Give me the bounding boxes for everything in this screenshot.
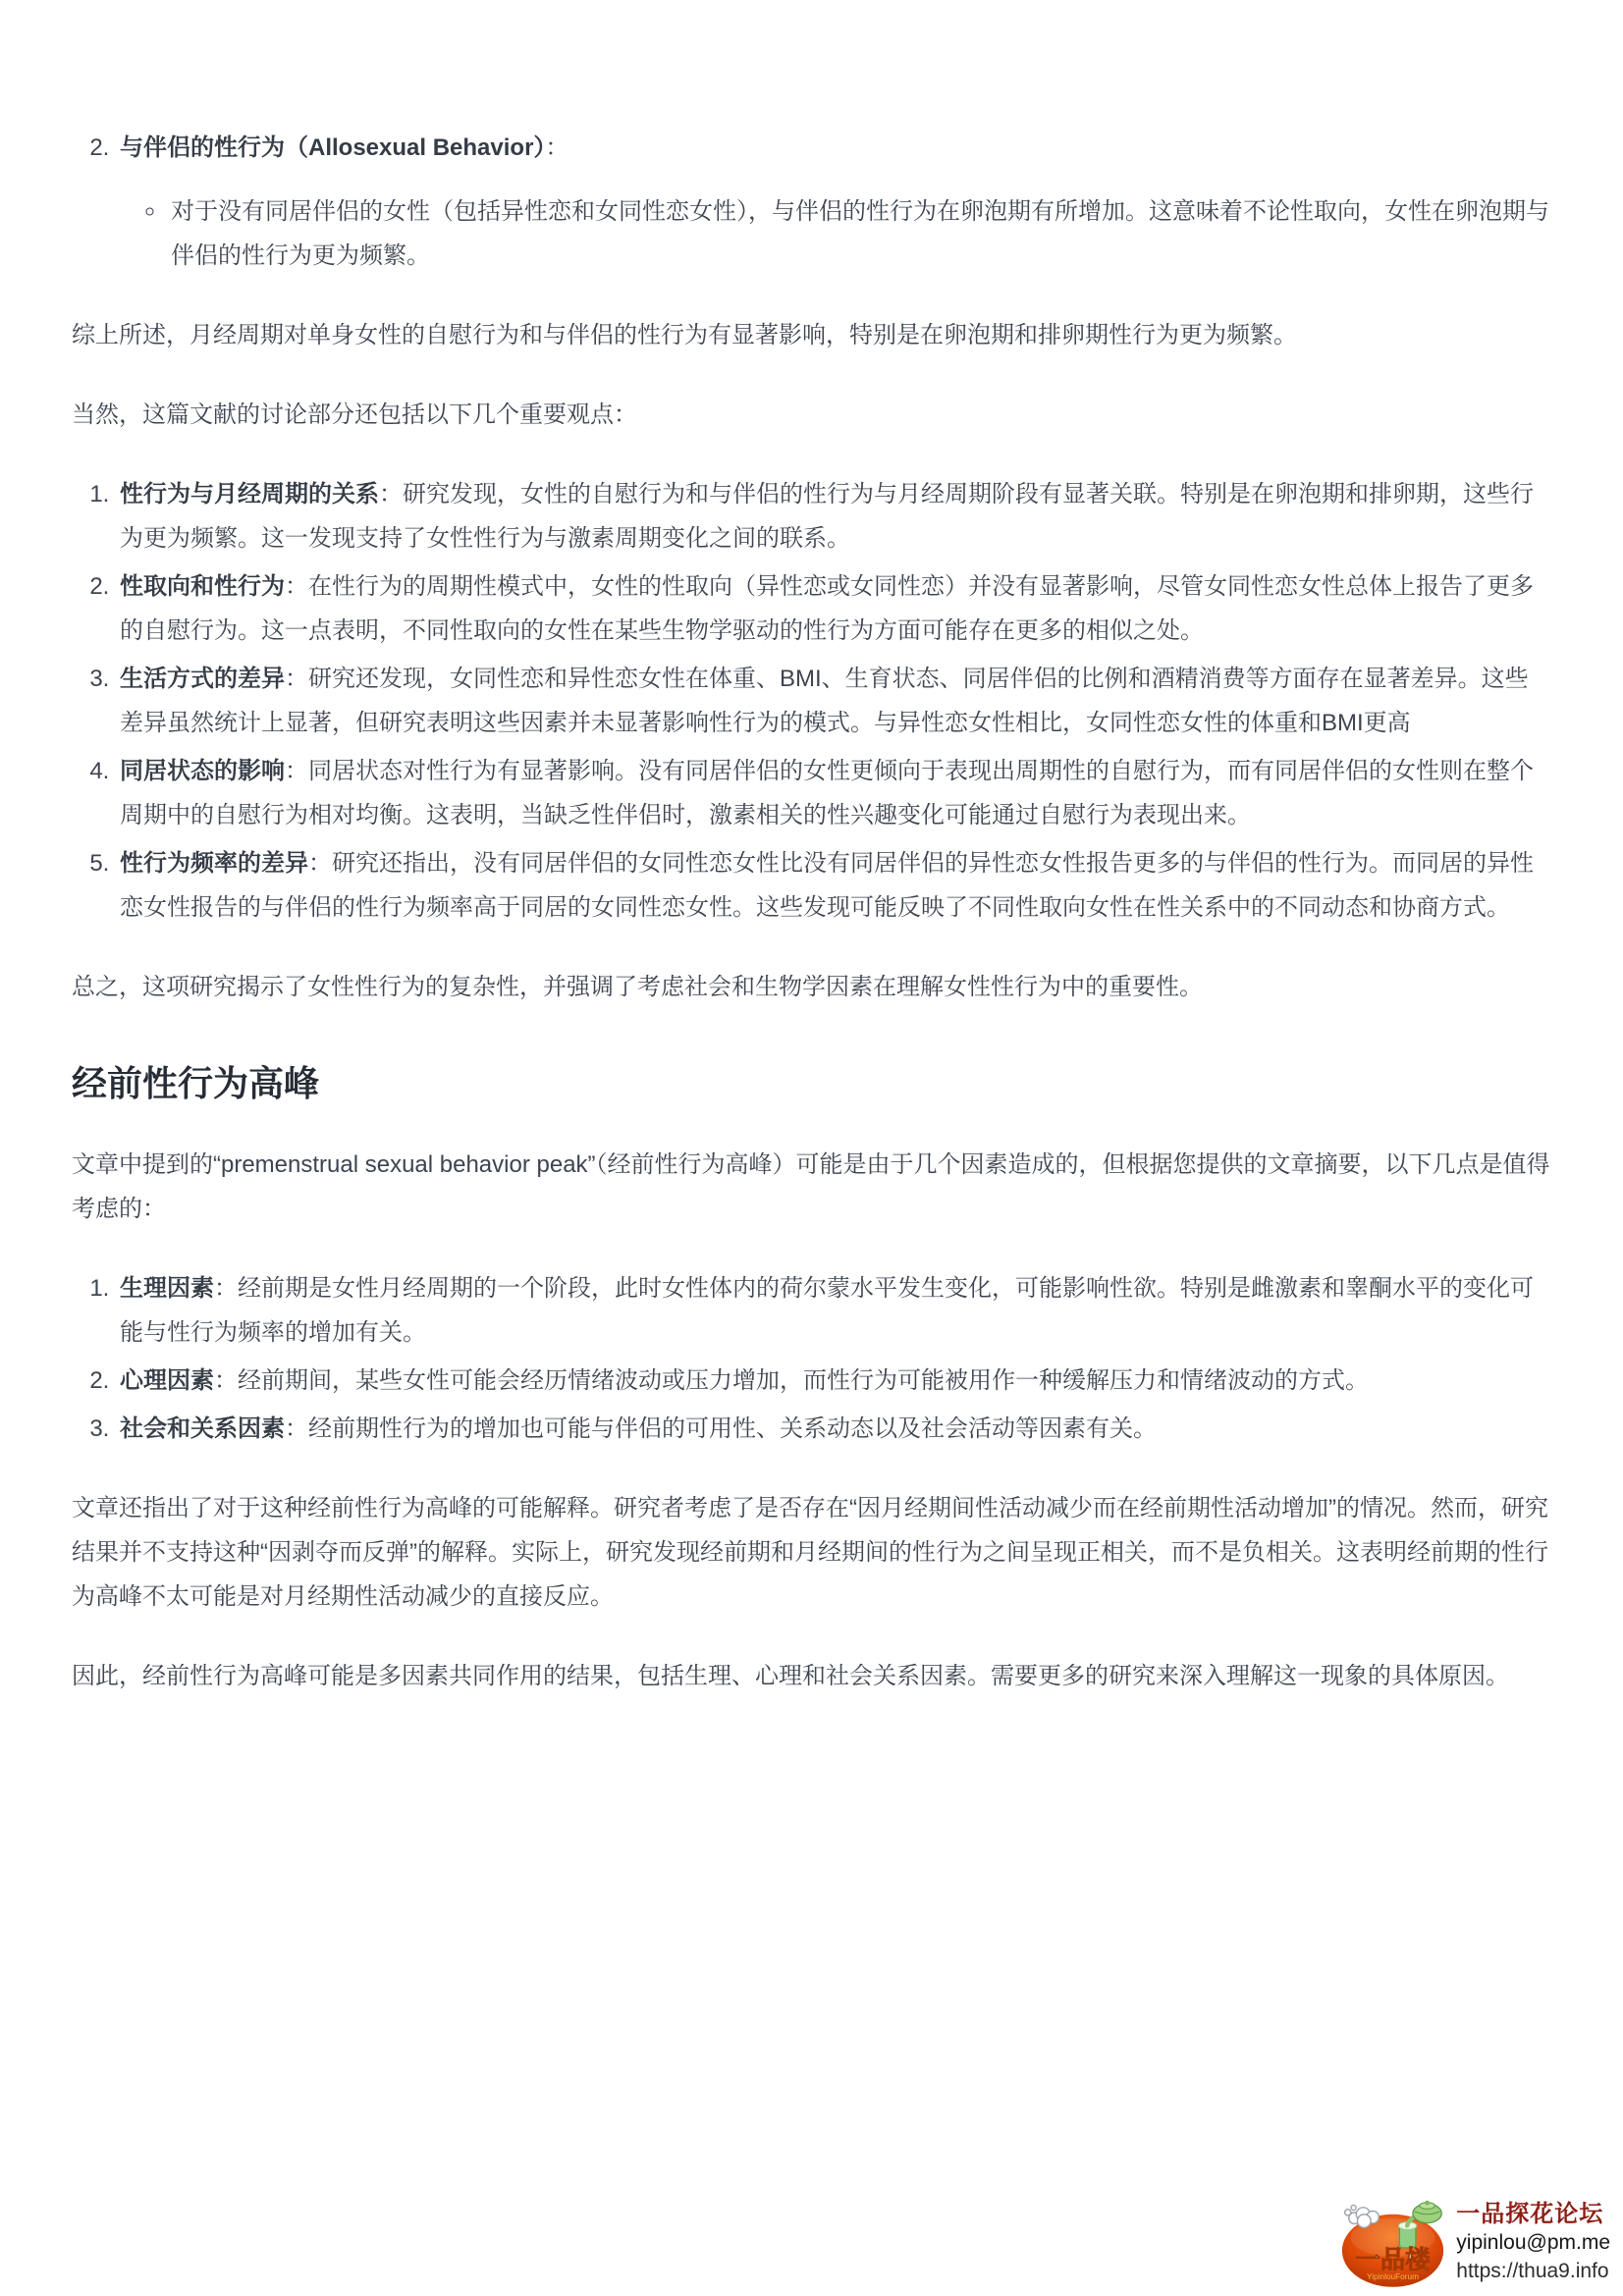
point-text: 研究还发现，女同性恋和异性恋女性在体重、BMI、生育状态、同居伴侣的比例和酒精消…	[120, 666, 1529, 736]
factor-item: 社会和关系因素：经前期性行为的增加也可能与伴侣的可用性、关系动态以及社会活动等因…	[116, 1407, 1551, 1451]
label-colon: ：	[379, 481, 403, 507]
factor-label: 生理因素	[120, 1275, 214, 1302]
factor-item: 生理因素：经前期是女性月经周期的一个阶段，此时女性体内的荷尔蒙水平发生变化，可能…	[116, 1266, 1551, 1355]
list-item-allosexual: 与伴侣的性行为（Allosexual Behavior）： 对于没有同居伴侣的女…	[116, 126, 1551, 278]
discussion-point: 生活方式的差异：研究还发现，女同性恋和异性恋女性在体重、BMI、生育状态、同居伴…	[116, 657, 1551, 745]
label-colon: ：	[285, 1415, 308, 1442]
sub-bullet-item: 对于没有同居伴侣的女性（包括异性恋和女同性恋女性），与伴侣的性行为在卵泡期有所增…	[167, 189, 1551, 278]
paragraph-discussion-intro: 当然，这篇文献的讨论部分还包括以下几个重要观点：	[72, 393, 1551, 437]
point-label: 性取向和性行为	[120, 573, 285, 600]
label-colon: ：	[285, 666, 308, 692]
factor-text: 经前期是女性月经周期的一个阶段，此时女性体内的荷尔蒙水平发生变化，可能影响性欲。…	[120, 1275, 1534, 1346]
point-label: 性行为与月经周期的关系	[120, 481, 379, 507]
discussion-point: 性行为与月经周期的关系：研究发现，女性的自慰行为和与伴侣的性行为与月经周期阶段有…	[116, 472, 1551, 561]
label-colon: ：	[214, 1275, 238, 1302]
discussion-point: 性取向和性行为：在性行为的周期性模式中，女性的性取向（异性恋或女同性恋）并没有显…	[116, 564, 1551, 653]
factor-text: 经前期间，某些女性可能会经历情绪波动或压力增加，而性行为可能被用作一种缓解压力和…	[238, 1367, 1369, 1394]
factors-list: 生理因素：经前期是女性月经周期的一个阶段，此时女性体内的荷尔蒙水平发生变化，可能…	[72, 1266, 1551, 1451]
forum-watermark: 一品楼 YipinlouForum 一品探花论坛 yipinlou@pm.me …	[1338, 2197, 1610, 2288]
factor-label: 社会和关系因素	[120, 1415, 285, 1442]
paragraph-conclusion: 总之，这项研究揭示了女性性行为的复杂性，并强调了考虑社会和生物学因素在理解女性性…	[72, 965, 1551, 1009]
sub-bullet-list: 对于没有同居伴侣的女性（包括异性恋和女同性恋女性），与伴侣的性行为在卵泡期有所增…	[120, 189, 1551, 278]
point-text: 在性行为的周期性模式中，女性的性取向（异性恋或女同性恋）并没有显著影响，尽管女同…	[120, 573, 1534, 644]
logo-text: 一品楼	[1356, 2246, 1432, 2273]
discussion-point: 性行为频率的差异：研究还指出，没有同居伴侣的女同性恋女性比没有同居伴侣的异性恋女…	[116, 841, 1551, 930]
discussion-points-list: 性行为与月经周期的关系：研究发现，女性的自慰行为和与伴侣的性行为与月经周期阶段有…	[72, 472, 1551, 930]
section-heading: 经前性行为高峰	[72, 1060, 1551, 1107]
label-colon: ：	[285, 573, 308, 600]
label-colon: ：	[285, 758, 308, 784]
point-label: 性行为频率的差异	[120, 850, 308, 877]
point-label: 同居状态的影响	[120, 758, 285, 784]
discussion-point: 同居状态的影响：同居状态对性行为有显著影响。没有同居伴侣的女性更倾向于表现出周期…	[116, 749, 1551, 837]
logo-subtext: YipinlouForum	[1367, 2272, 1419, 2281]
list-item-label: 与伴侣的性行为（Allosexual Behavior）	[120, 134, 545, 161]
point-text: 研究还指出，没有同居伴侣的女同性恋女性比没有同居伴侣的异性恋女性报告更多的与伴侣…	[120, 850, 1534, 921]
forum-logo: 一品楼 YipinlouForum	[1338, 2197, 1449, 2288]
factor-item: 心理因素：经前期间，某些女性可能会经历情绪波动或压力增加，而性行为可能被用作一种…	[116, 1359, 1551, 1403]
forum-name: 一品探花论坛	[1456, 2200, 1610, 2228]
point-label: 生活方式的差异	[120, 666, 285, 692]
behavior-type-list: 与伴侣的性行为（Allosexual Behavior）： 对于没有同居伴侣的女…	[72, 126, 1551, 278]
section-intro: 文章中提到的“premenstrual sexual behavior peak…	[72, 1143, 1551, 1231]
label-colon: ：	[308, 850, 332, 877]
label-colon: ：	[545, 134, 568, 161]
paragraph-summary: 综上所述，月经周期对单身女性的自慰行为和与伴侣的性行为有显著影响，特别是在卵泡期…	[72, 313, 1551, 357]
factor-label: 心理因素	[120, 1367, 214, 1394]
label-colon: ：	[214, 1367, 238, 1394]
watermark-text-block: 一品探花论坛 yipinlou@pm.me https://thua9.info	[1456, 2200, 1610, 2285]
forum-url: https://thua9.info	[1456, 2257, 1610, 2285]
point-text: 同居状态对性行为有显著影响。没有同居伴侣的女性更倾向于表现出周期性的自慰行为，而…	[120, 758, 1534, 828]
factor-text: 经前期性行为的增加也可能与伴侣的可用性、关系动态以及社会活动等因素有关。	[308, 1415, 1157, 1442]
document-page: 与伴侣的性行为（Allosexual Behavior）： 对于没有同居伴侣的女…	[0, 0, 1623, 1698]
section-final: 因此，经前性行为高峰可能是多因素共同作用的结果，包括生理、心理和社会关系因素。需…	[72, 1654, 1551, 1698]
forum-email: yipinlou@pm.me	[1456, 2228, 1610, 2257]
section-explanation: 文章还指出了对于这种经前性行为高峰的可能解释。研究者考虑了是否存在“因月经期间性…	[72, 1486, 1551, 1619]
